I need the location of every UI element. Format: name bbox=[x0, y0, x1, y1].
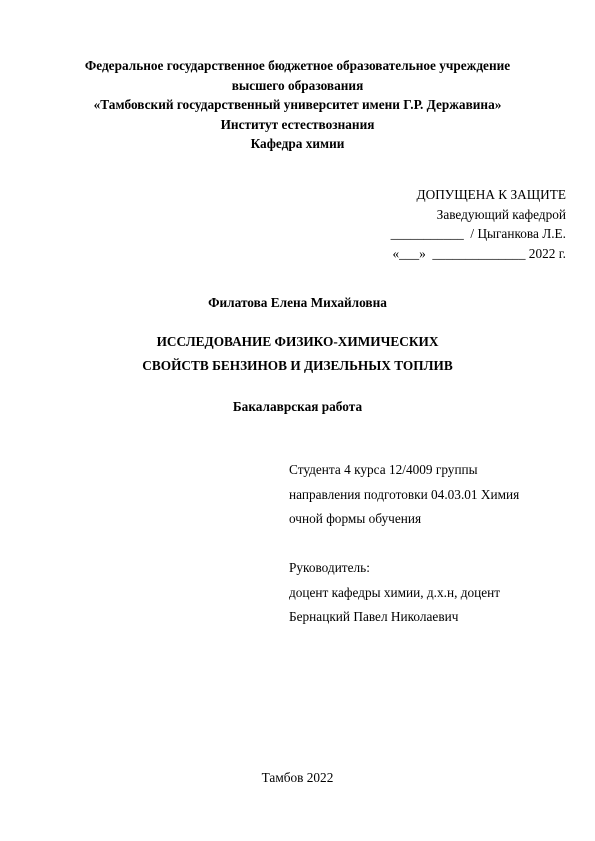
student-info: Студента 4 курса 12/4009 группы направле… bbox=[289, 458, 519, 532]
approval-date-line: «___» ______________ 2022 г. bbox=[391, 244, 566, 264]
supervisor-position: доцент кафедры химии, д.х.н, доцент bbox=[289, 581, 500, 606]
thesis-title-line-2: СВОЙСТВ БЕНЗИНОВ И ДИЗЕЛЬНЫХ ТОПЛИВ bbox=[0, 354, 595, 378]
city-year: Тамбов 2022 bbox=[0, 768, 595, 787]
student-study-form: очной формы обучения bbox=[289, 507, 519, 532]
header-line-university: «Тамбовский государственный университет … bbox=[0, 95, 595, 115]
header-line-institute: Институт естествознания bbox=[0, 115, 595, 135]
institution-header: Федеральное государственное бюджетное об… bbox=[0, 56, 595, 154]
author-name: Филатова Елена Михайловна bbox=[0, 293, 595, 312]
approval-position: Заведующий кафедрой bbox=[391, 205, 566, 225]
supervisor-name: Бернацкий Павел Николаевич bbox=[289, 605, 500, 630]
approval-signature-line: ___________ / Цыганкова Л.Е. bbox=[391, 224, 566, 244]
work-type: Бакалаврская работа bbox=[0, 397, 595, 416]
header-line-level: высшего образования bbox=[0, 76, 595, 96]
supervisor-block: Руководитель: доцент кафедры химии, д.х.… bbox=[289, 556, 500, 630]
header-line-ministry: Федеральное государственное бюджетное об… bbox=[0, 56, 595, 76]
approval-title: ДОПУЩЕНА К ЗАЩИТЕ bbox=[391, 185, 566, 205]
approval-block: ДОПУЩЕНА К ЗАЩИТЕ Заведующий кафедрой __… bbox=[391, 185, 566, 263]
student-direction: направления подготовки 04.03.01 Химия bbox=[289, 483, 519, 508]
thesis-title-line-1: ИССЛЕДОВАНИЕ ФИЗИКО-ХИМИЧЕСКИХ bbox=[0, 330, 595, 354]
student-course-group: Студента 4 курса 12/4009 группы bbox=[289, 458, 519, 483]
thesis-title: ИССЛЕДОВАНИЕ ФИЗИКО-ХИМИЧЕСКИХ СВОЙСТВ Б… bbox=[0, 330, 595, 378]
header-line-department: Кафедра химии bbox=[0, 134, 595, 154]
supervisor-label: Руководитель: bbox=[289, 556, 500, 581]
